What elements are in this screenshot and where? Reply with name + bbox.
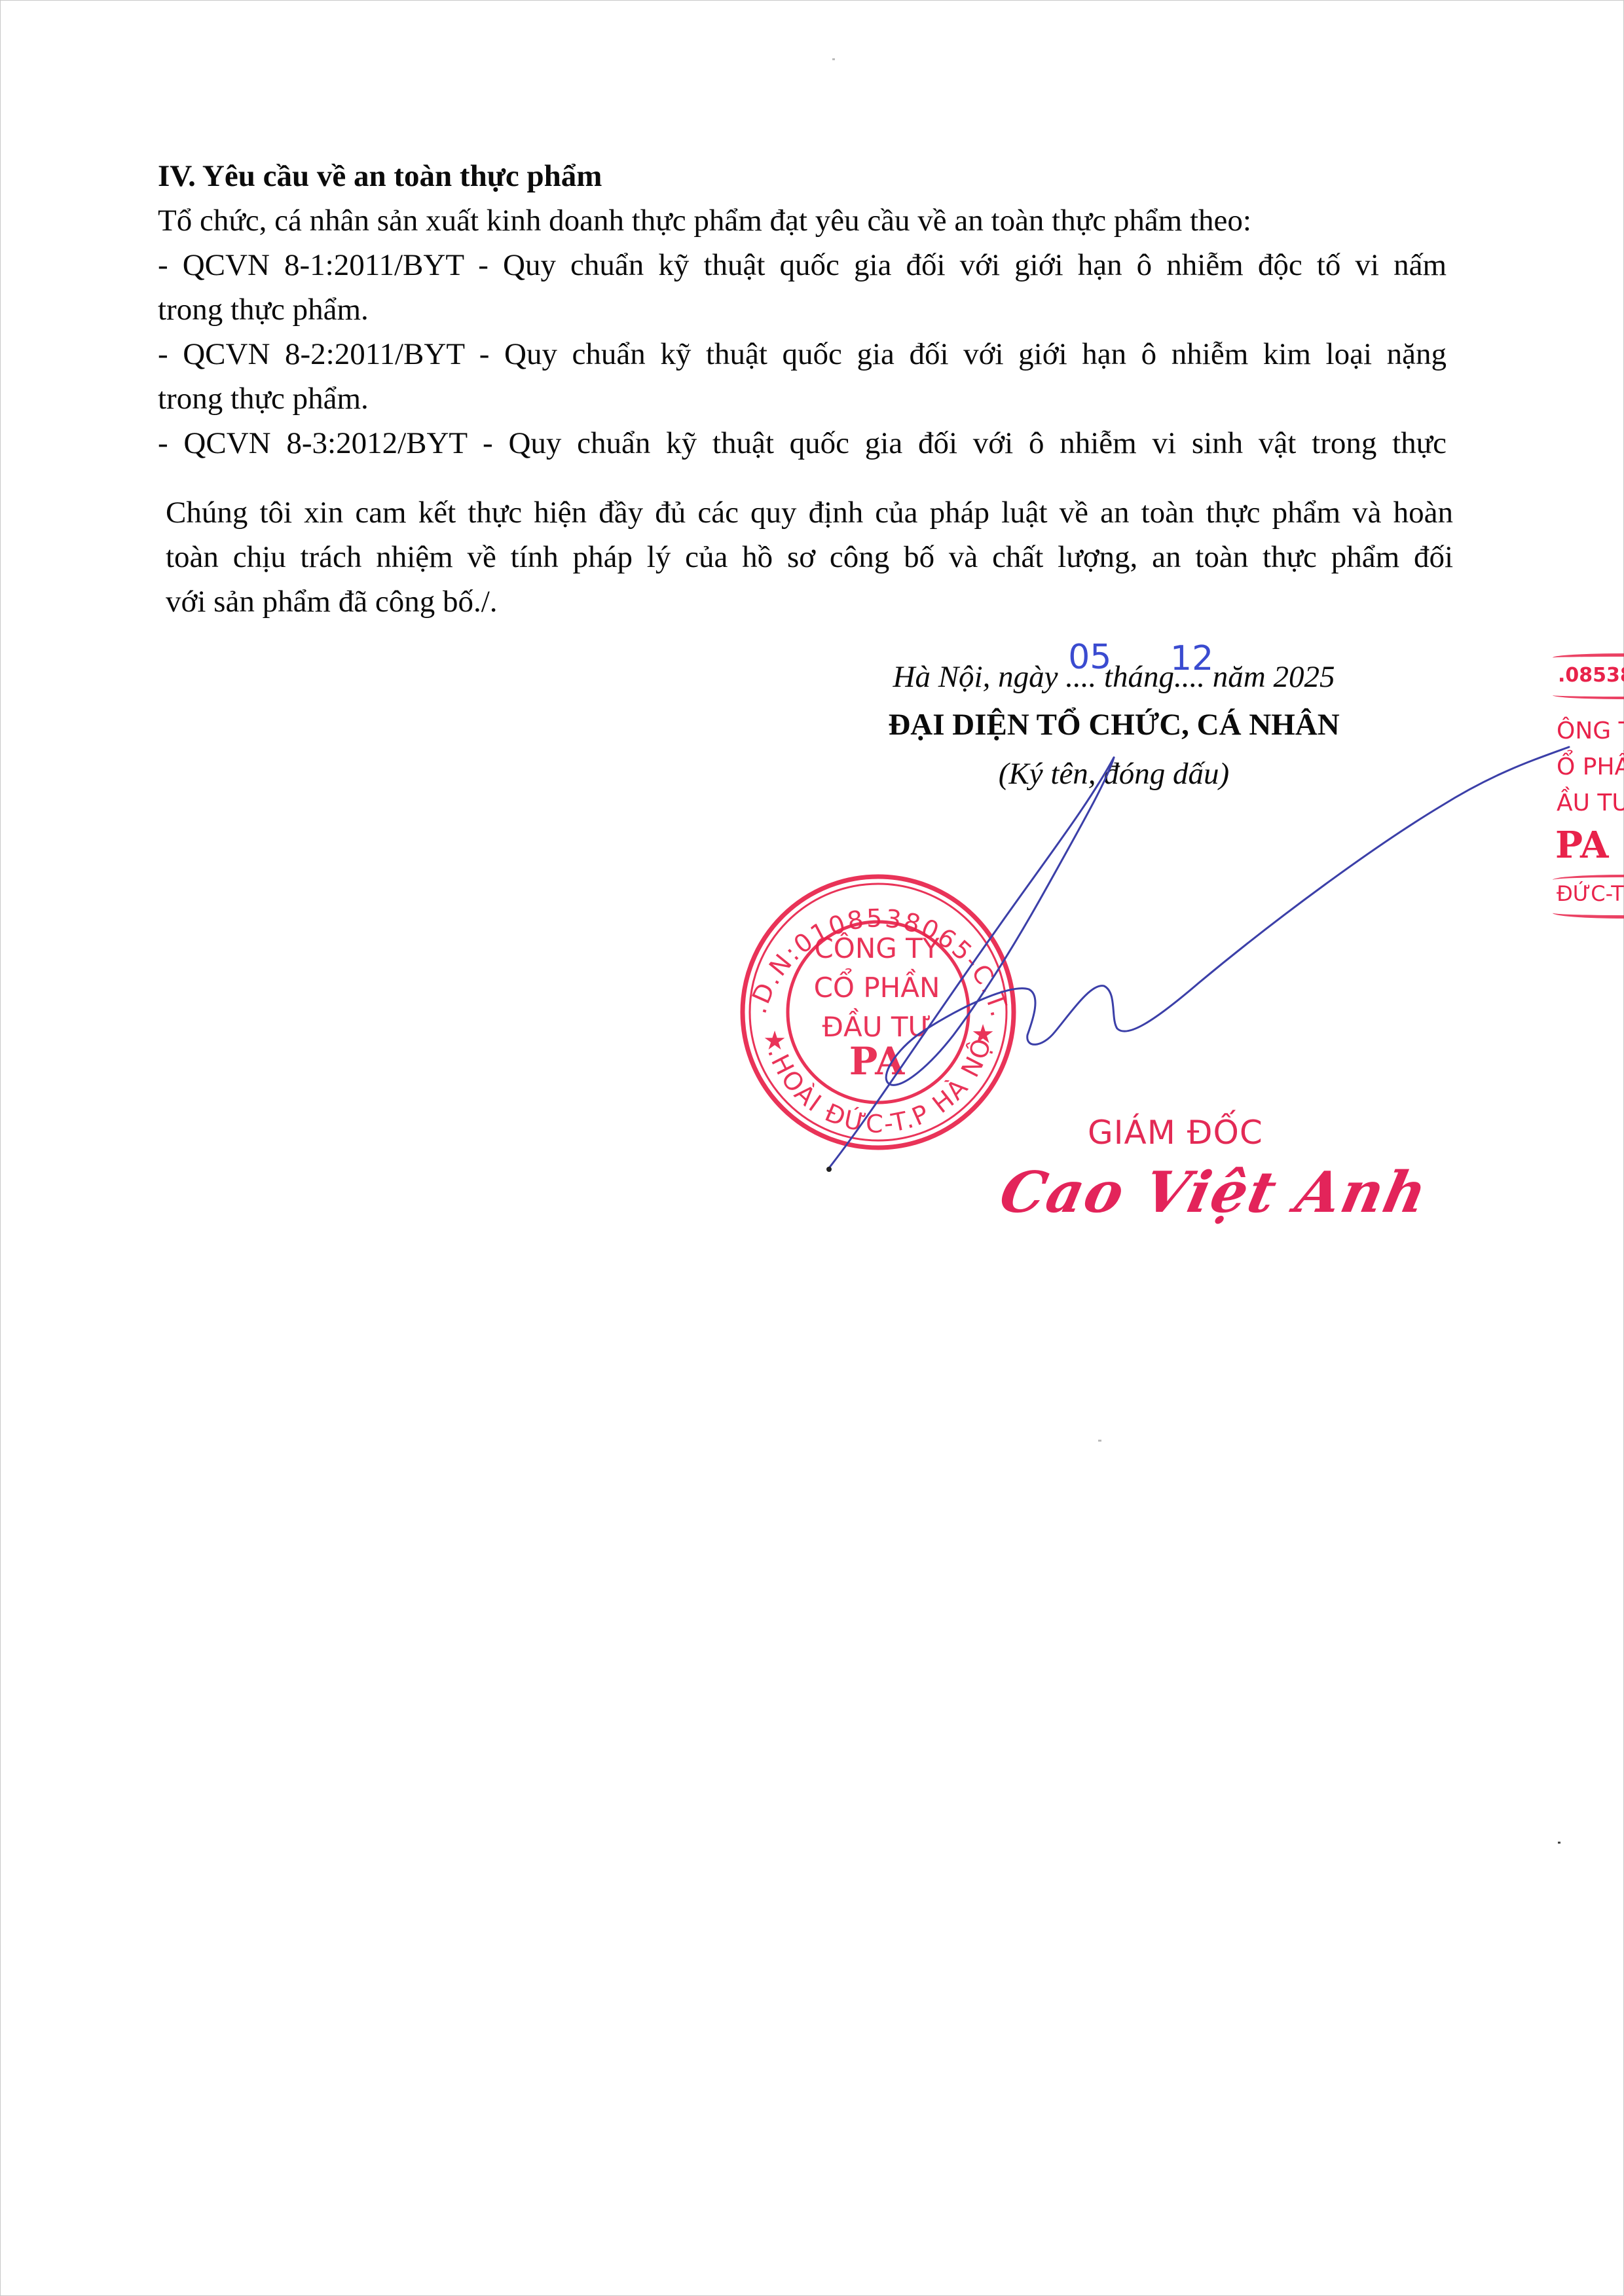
stamp-star-right-icon: ★ (971, 1019, 995, 1049)
signature-ink-dot (826, 1167, 832, 1172)
edge-stamp-line-2: Ổ PHẦ (1557, 754, 1624, 780)
edge-stamp-bottom: ĐỨC-T (1557, 881, 1624, 906)
stamp-line-1: CÔNG TY (814, 932, 939, 964)
stamp-text-bottom: H.HOÀI ĐỨC-T.P HÀ NỘI (0, 0, 997, 1139)
edge-stamp-fragment: .08538 ÔNG T Ổ PHẦ ẦU TƯ PA ĐỨC-T (1553, 646, 1624, 947)
stamp-line-2: CỔ PHẦN (814, 968, 940, 1004)
edge-stamp-line-3: ẦU TƯ (1557, 790, 1624, 816)
edge-stamp-ring-inner (1553, 691, 1624, 699)
edge-stamp-number: .08538 (1558, 664, 1624, 687)
edge-stamp-line-1: ÔNG T (1557, 718, 1624, 744)
edge-stamp-logo: PA (1555, 824, 1608, 867)
edge-stamp-ring-top (1553, 653, 1624, 662)
signer-title: GIÁM ĐỐC (1088, 1114, 1263, 1152)
document-page: IV. Yêu cầu về an toàn thực phẩm Tổ chức… (0, 0, 1624, 2296)
signer-name: Cao Việt Anh (994, 1159, 1433, 1226)
scan-speck (832, 58, 835, 60)
scan-speck (1558, 1842, 1560, 1844)
company-stamp: M.S.D.N:0108538065-C.T.C.P H.HOÀI ĐỨC-T.… (1, 1, 1624, 2296)
stamp-logo: PA (849, 1039, 905, 1084)
scan-speck (1098, 1440, 1101, 1442)
stamp-star-left-icon: ★ (763, 1026, 786, 1056)
edge-stamp-ring-bottom (1553, 907, 1624, 919)
stamp-text-top: M.S.D.N:0108538065-C.T.C.P (0, 0, 1015, 1021)
